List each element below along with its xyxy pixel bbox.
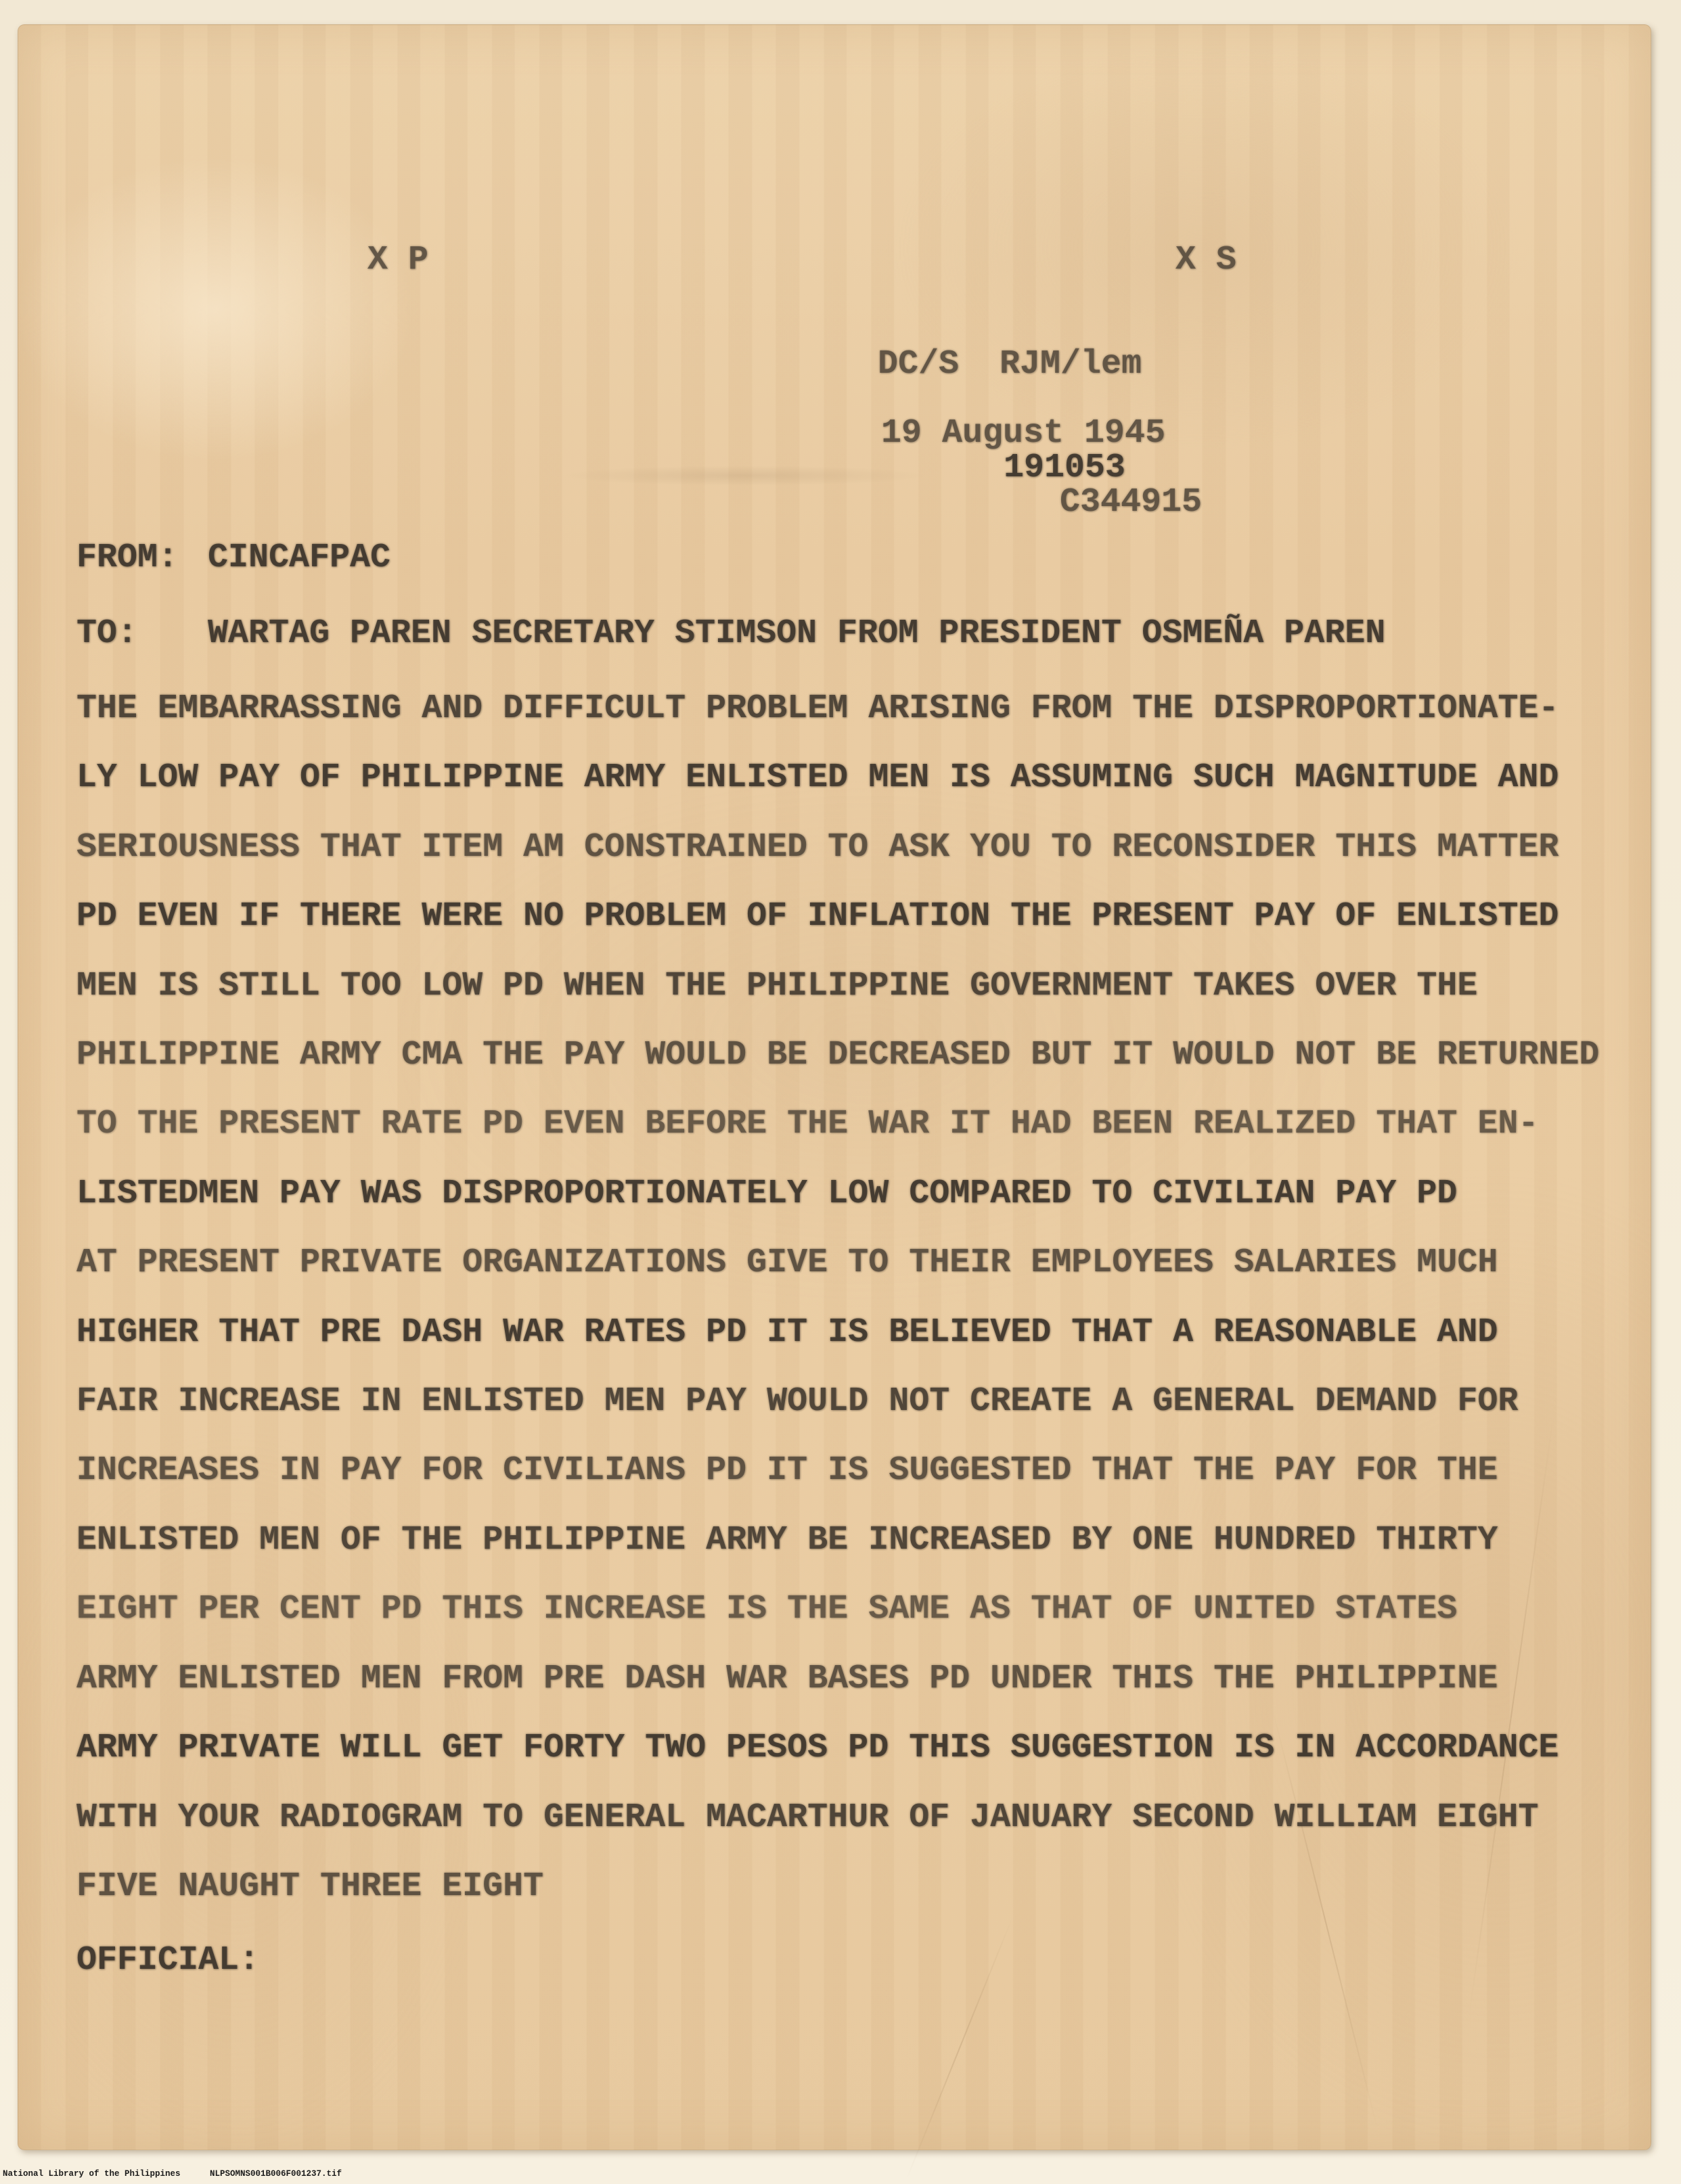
scan-footer: National Library of the Philippines NLPS… [0,2169,1681,2184]
body-line: AT PRESENT PRIVATE ORGANIZATIONS GIVE TO… [76,1229,1626,1298]
scan-file-name: NLPSOMNS001B006F001237.tif [210,2169,342,2179]
body-line: PHILIPPINE ARMY CMA THE PAY WOULD BE DEC… [76,1021,1626,1090]
to-label: TO: [76,617,137,651]
routing-indicator-xp: X P [367,244,428,277]
paper-crease [905,1916,1013,2180]
office-code: DC/S RJM/lem [878,348,1142,382]
library-name: National Library of the Philippines [3,2169,181,2179]
body-line: TO THE PRESENT RATE PD EVEN BEFORE THE W… [76,1090,1626,1159]
body-line: LY LOW PAY OF PHILIPPINE ARMY ENLISTED M… [76,744,1626,813]
body-line: INCREASES IN PAY FOR CIVILIANS PD IT IS … [76,1436,1626,1505]
date-time-group: 191053 [1004,451,1125,485]
message-date: 19 August 1945 [881,417,1165,451]
body-line: FAIR INCREASE IN ENLISTED MEN PAY WOULD … [76,1367,1626,1436]
to-row: TO: WARTAG PAREN SECRETARY STIMSON FROM … [76,617,1565,652]
body-line: MEN IS STILL TOO LOW PD WHEN THE PHILIPP… [76,952,1626,1021]
body-line: ARMY PRIVATE WILL GET FORTY TWO PESOS PD… [76,1714,1626,1783]
body-line: SERIOUSNESS THAT ITEM AM CONSTRAINED TO … [76,813,1626,882]
body-line: THE EMBARRASSING AND DIFFICULT PROBLEM A… [76,675,1626,744]
scanned-document-page: X P X S DC/S RJM/lem 19 August 1945 1910… [0,0,1681,2184]
body-line: FIVE NAUGHT THREE EIGHT [76,1852,1626,1921]
from-value: CINCAFPAC [208,541,390,575]
body-line: WITH YOUR RADIOGRAM TO GENERAL MACARTHUR… [76,1783,1626,1852]
from-label: FROM: [76,541,178,575]
body-line: PD EVEN IF THERE WERE NO PROBLEM OF INFL… [76,882,1626,951]
to-value: WARTAG PAREN SECRETARY STIMSON FROM PRES… [208,617,1385,651]
official-label: OFFICIAL: [76,1944,259,1978]
routing-indicator-xs: X S [1175,244,1236,277]
body-line: ENLISTED MEN OF THE PHILIPPINE ARMY BE I… [76,1506,1626,1575]
from-row: FROM: CINCAFPAC [76,541,1565,576]
body-line: ARMY ENLISTED MEN FROM PRE DASH WAR BASE… [76,1645,1626,1714]
message-body: THE EMBARRASSING AND DIFFICULT PROBLEM A… [76,675,1626,1921]
body-line: HIGHER THAT PRE DASH WAR RATES PD IT IS … [76,1298,1626,1367]
body-line: LISTEDMEN PAY WAS DISPROPORTIONATELY LOW… [76,1160,1626,1229]
message-number: C344915 [1060,486,1202,520]
body-line: EIGHT PER CENT PD THIS INCREASE IS THE S… [76,1575,1626,1644]
